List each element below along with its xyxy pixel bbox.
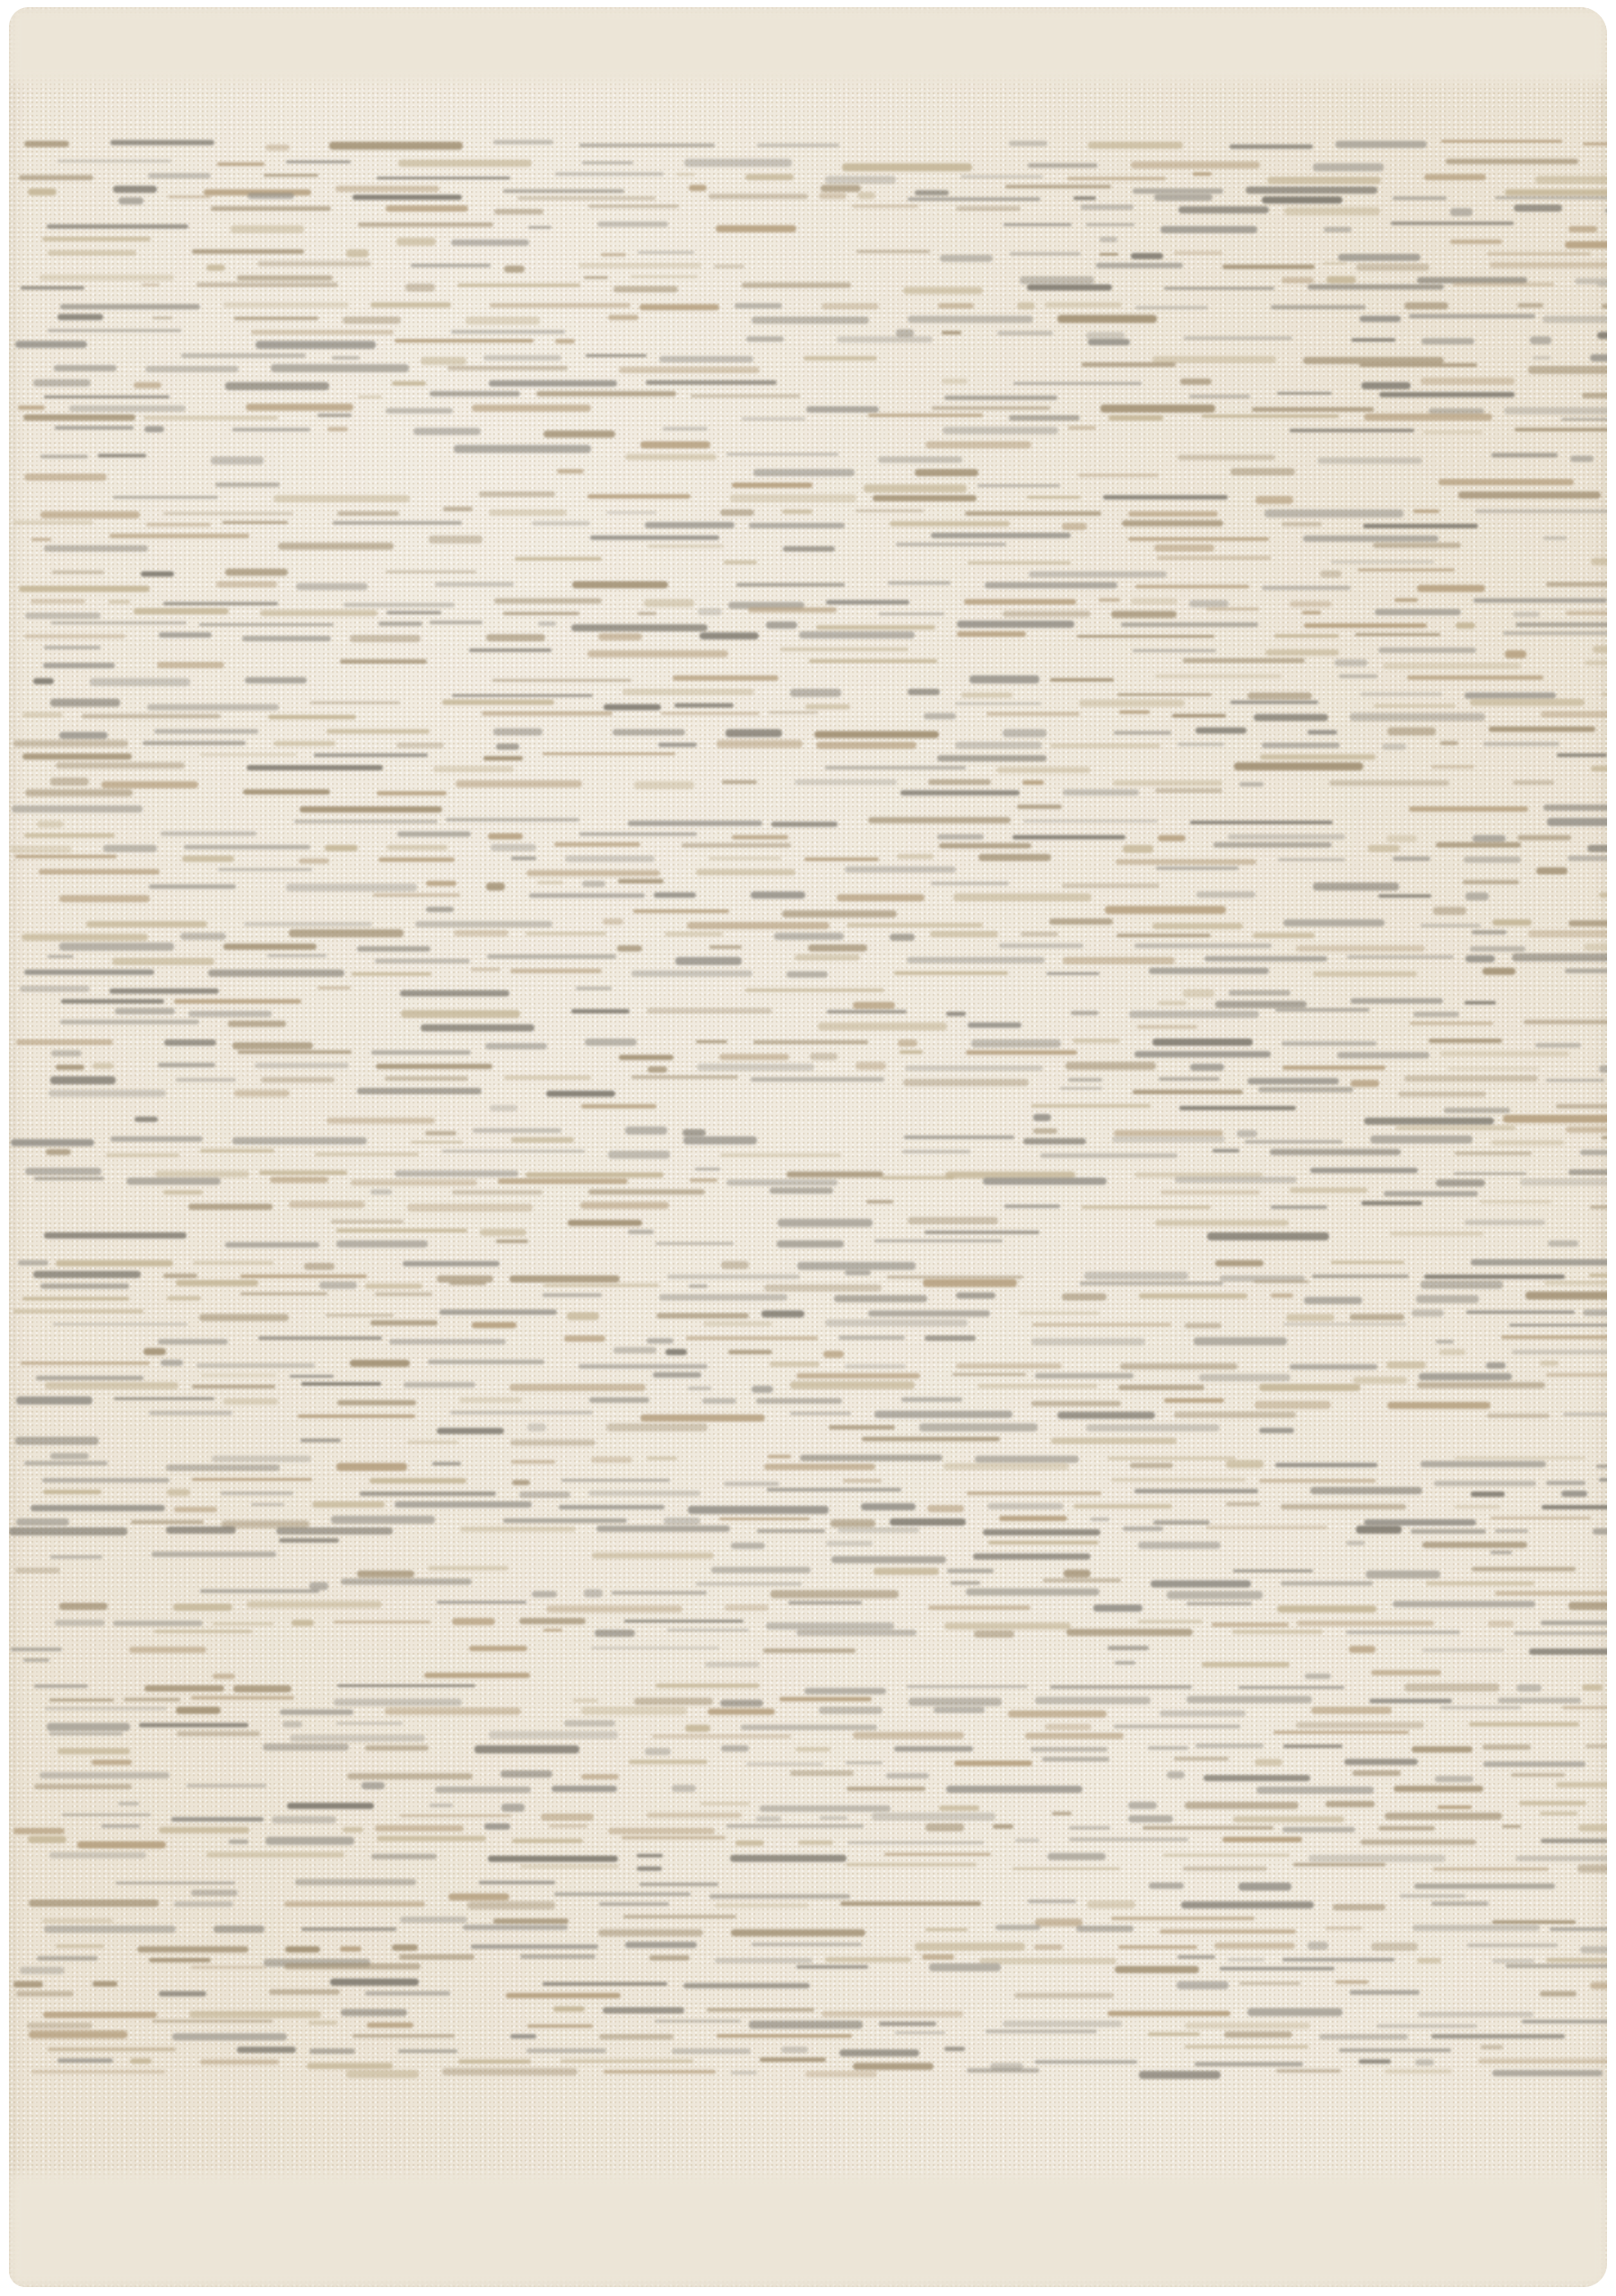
shag-rug	[9, 7, 1607, 2287]
plain-bottom-band	[9, 2174, 1607, 2288]
streak-pattern	[9, 7, 1607, 2287]
plain-top-band	[9, 7, 1607, 82]
product-photo-canvas	[0, 0, 1616, 2296]
